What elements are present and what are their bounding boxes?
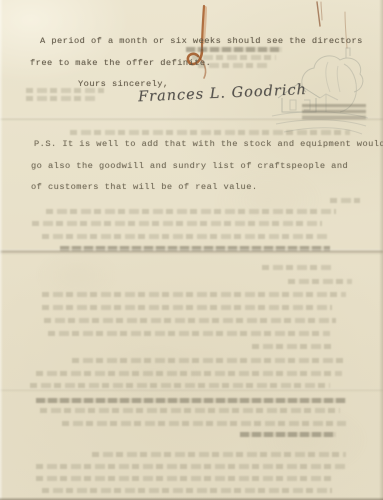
bleed-through-line <box>30 383 330 388</box>
bleed-through-line <box>42 234 330 239</box>
fold-crease <box>0 117 383 121</box>
bleed-through-line <box>62 421 346 426</box>
bleed-through-line <box>36 464 346 469</box>
bleed-through-line <box>36 398 346 403</box>
bleed-through-line <box>42 305 332 310</box>
bleed-through-line <box>32 221 322 226</box>
bleed-through-line <box>330 198 360 203</box>
bleed-through-line <box>48 331 330 336</box>
letter-body-line: free to make the offer definite. <box>30 58 211 68</box>
paper-edge-highlight <box>0 0 3 500</box>
paper-edge-shadow <box>379 0 383 500</box>
bleed-through-line <box>40 408 340 413</box>
bleed-through-line <box>42 292 346 297</box>
bleed-through-line <box>42 488 332 493</box>
bleed-through-letterhead <box>186 47 282 52</box>
bleed-through-line <box>70 130 350 135</box>
bleed-through-line <box>240 432 336 437</box>
postscript-line: go also the goodwill and sundry list of … <box>31 161 348 171</box>
fold-crease <box>0 249 383 255</box>
bleed-through-line <box>36 371 342 376</box>
bleed-through-line <box>252 344 332 349</box>
bleed-through-line <box>46 209 336 214</box>
scanned-letter: A period of a month or six weeks should … <box>0 0 383 500</box>
bleed-through-line <box>36 476 332 481</box>
letter-body-line: A period of a month or six weeks should … <box>40 36 363 46</box>
bleed-through-address <box>26 96 96 101</box>
bleed-through-line <box>44 318 336 323</box>
postscript-line: of customers that will be of real value. <box>31 182 258 192</box>
bleed-through-line <box>72 358 346 363</box>
postscript-line: P.S. It is well to add that with the sto… <box>34 139 383 149</box>
bleed-through-line <box>288 279 352 284</box>
fold-crease <box>0 388 383 392</box>
bleed-through-line <box>262 265 334 270</box>
bleed-through-line <box>92 452 346 457</box>
